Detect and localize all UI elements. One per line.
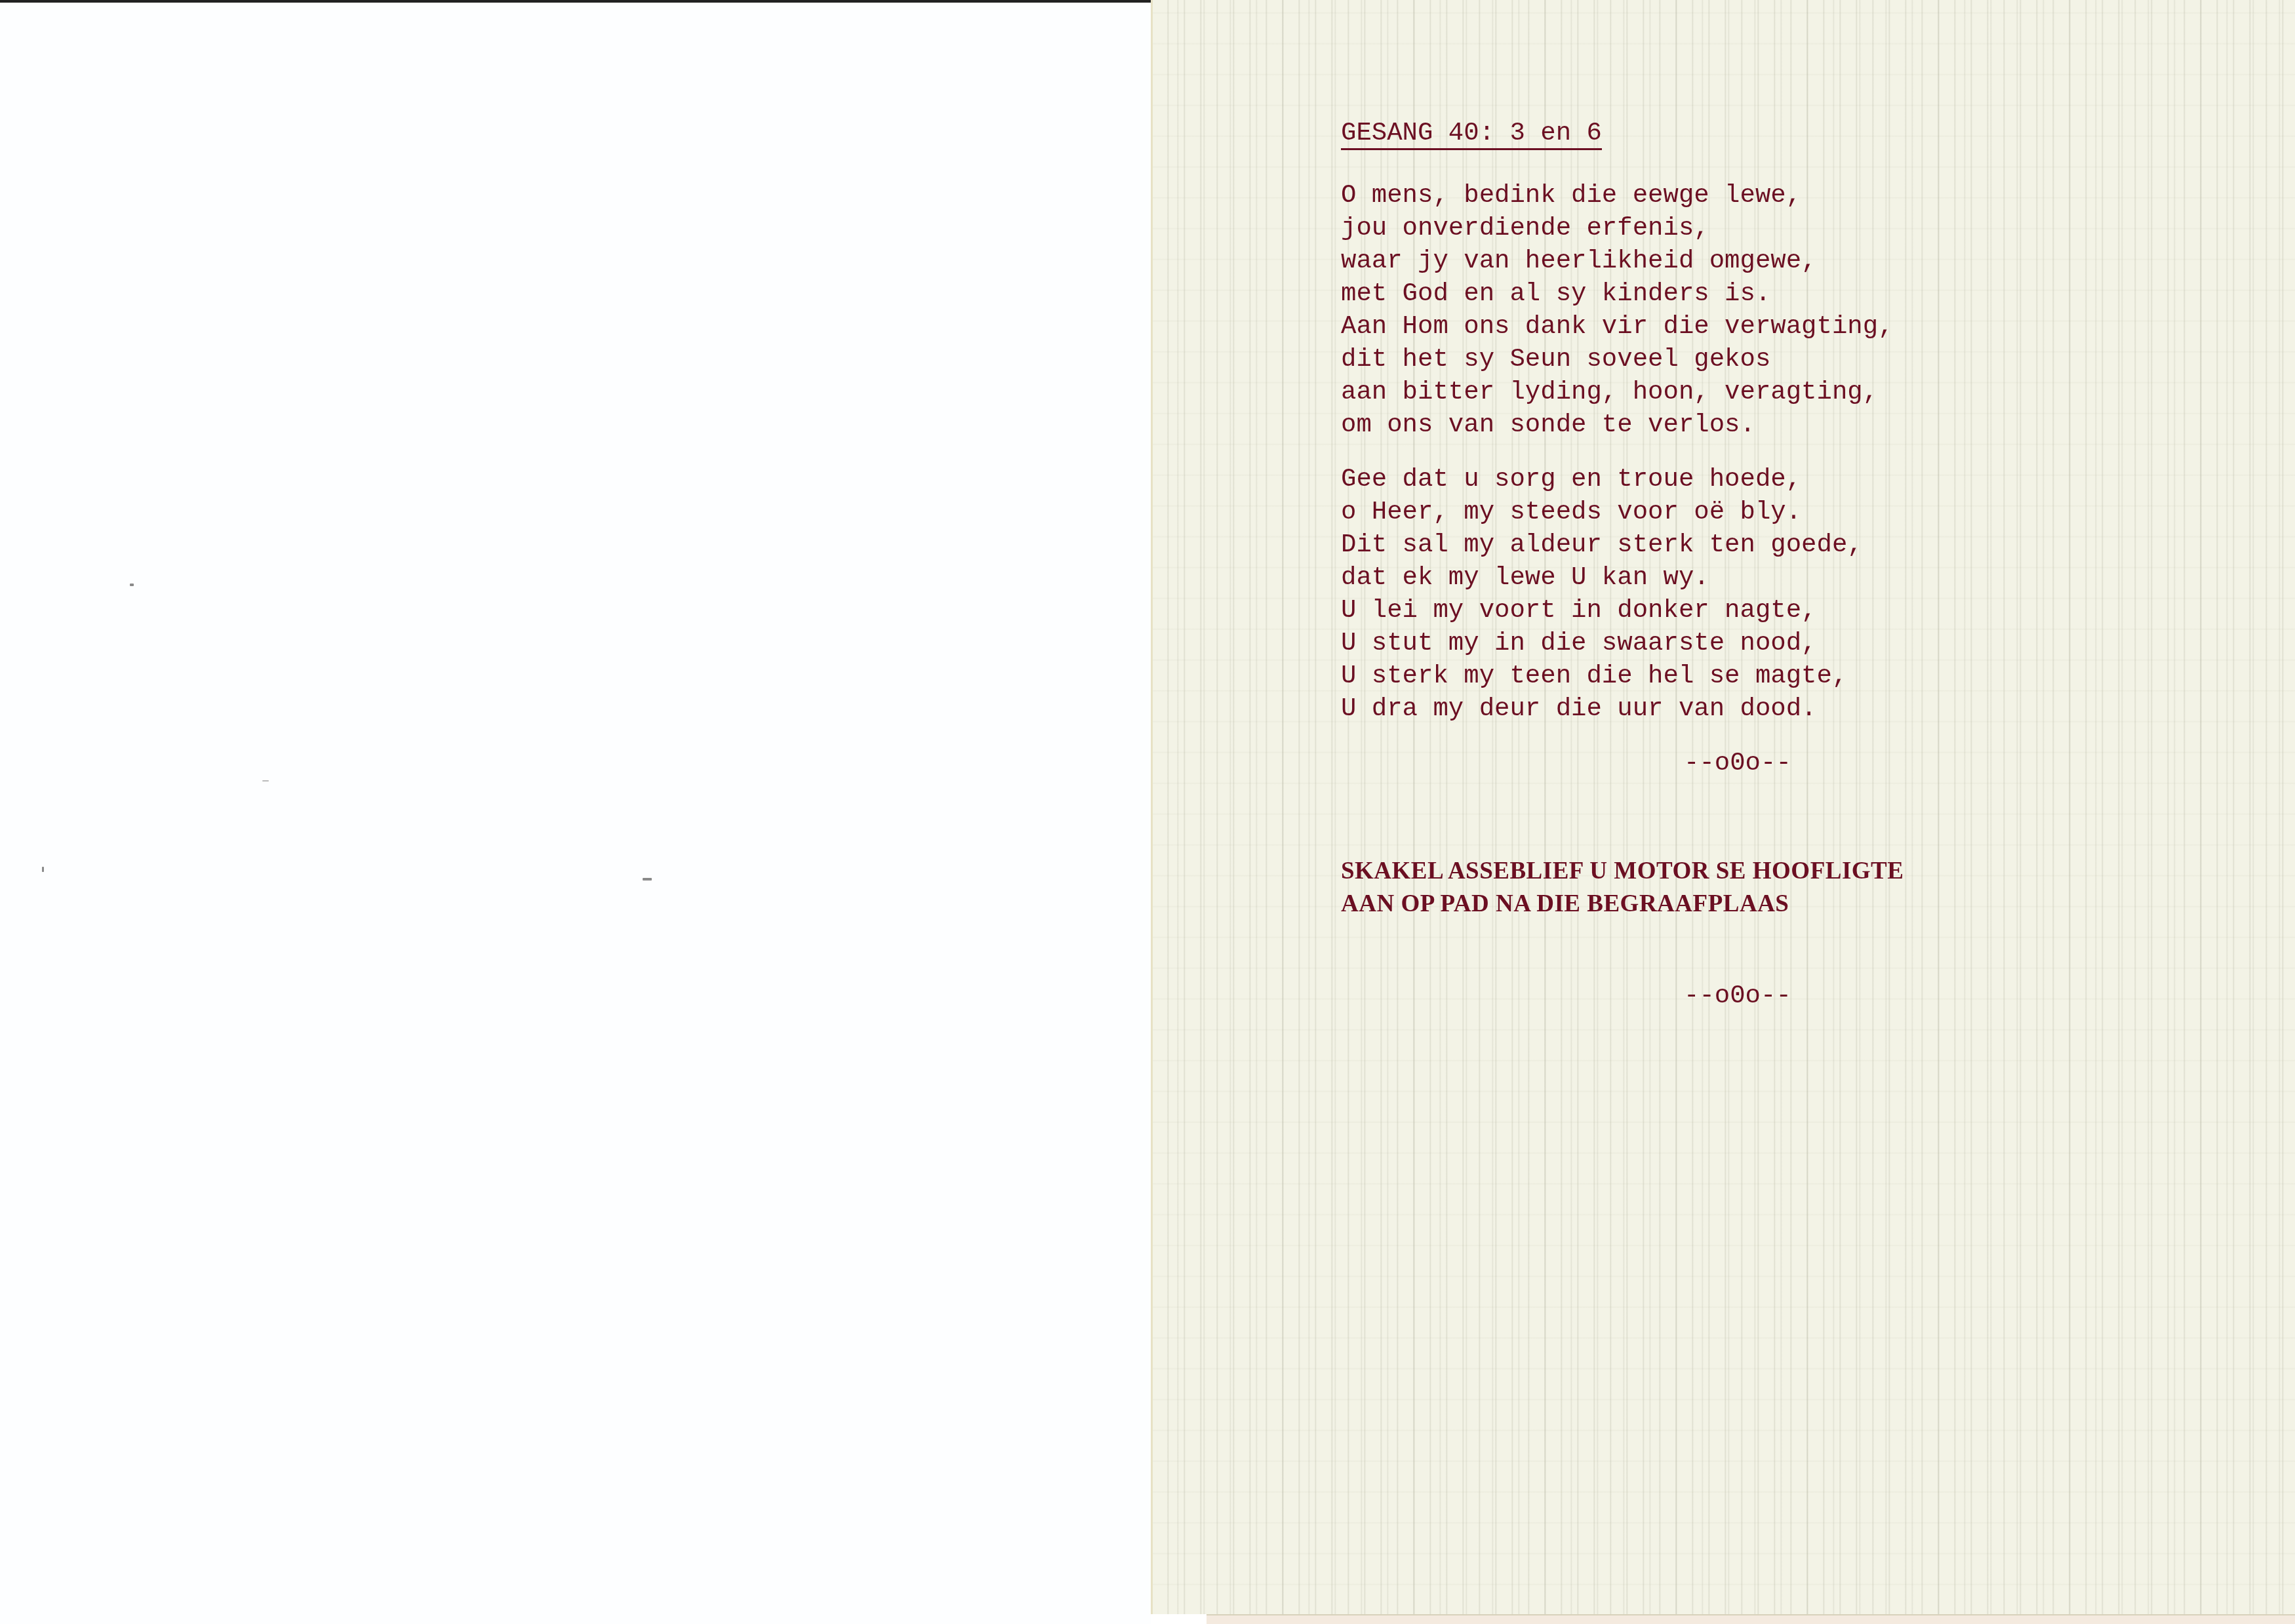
verse-line: om ons van sonde te verlos.: [1341, 408, 2128, 441]
paper-speck: [130, 584, 134, 586]
notice-line: AAN OP PAD NA DIE BEGRAAFPLAAS: [1341, 888, 2128, 921]
verse-line: waar jy van heerlikheid omgewe,: [1341, 245, 2128, 277]
stanza-verse-3: O mens, bedink die eewge lewe, jou onver…: [1341, 179, 2128, 441]
verse-line: Gee dat u sorg en troue hoede,: [1341, 463, 2128, 496]
section-divider: --o0o--: [1341, 747, 2128, 780]
verse-line: o Heer, my steeds voor oë bly.: [1341, 496, 2128, 528]
verse-line: U dra my deur die uur van dood.: [1341, 692, 2128, 725]
verse-line: dit het sy Seun soveel gekos: [1341, 343, 2128, 376]
stanza-verse-6: Gee dat u sorg en troue hoede, o Heer, m…: [1341, 463, 2128, 725]
verse-line: U lei my voort in donker nagte,: [1341, 594, 2128, 627]
verse-line: Dit sal my aldeur sterk ten goede,: [1341, 528, 2128, 561]
hymn-heading: GESANG 40: 3 en 6: [1341, 119, 1602, 150]
headlights-notice: SKAKEL ASSEBLIEF U MOTOR SE HOOFLIGTE AA…: [1341, 855, 2128, 921]
paper-speck: [42, 867, 44, 872]
paper-speck: [643, 878, 652, 881]
paper-speck: [262, 780, 269, 782]
verse-line: Aan Hom ons dank vir die verwagting,: [1341, 310, 2128, 343]
notice-line: SKAKEL ASSEBLIEF U MOTOR SE HOOFLIGTE: [1341, 855, 2128, 888]
end-divider: --o0o--: [1341, 980, 2128, 1012]
scan-edge: [0, 0, 1151, 3]
verse-line: jou onverdiende erfenis,: [1341, 212, 2128, 245]
verse-line: dat ek my lewe U kan wy.: [1341, 561, 2128, 594]
underlying-page-edge: [1207, 1614, 2295, 1624]
verse-line: aan bitter lyding, hoon, veragting,: [1341, 376, 2128, 408]
verse-line: met God en al sy kinders is.: [1341, 277, 2128, 310]
verse-line: U sterk my teen die hel se magte,: [1341, 660, 2128, 692]
verse-line: U stut my in die swaarste nood,: [1341, 627, 2128, 660]
hymn-sheet: GESANG 40: 3 en 6 O mens, bedink die eew…: [1341, 117, 2128, 1012]
left-blank-page: [0, 3, 1151, 1624]
verse-line: O mens, bedink die eewge lewe,: [1341, 179, 2128, 212]
